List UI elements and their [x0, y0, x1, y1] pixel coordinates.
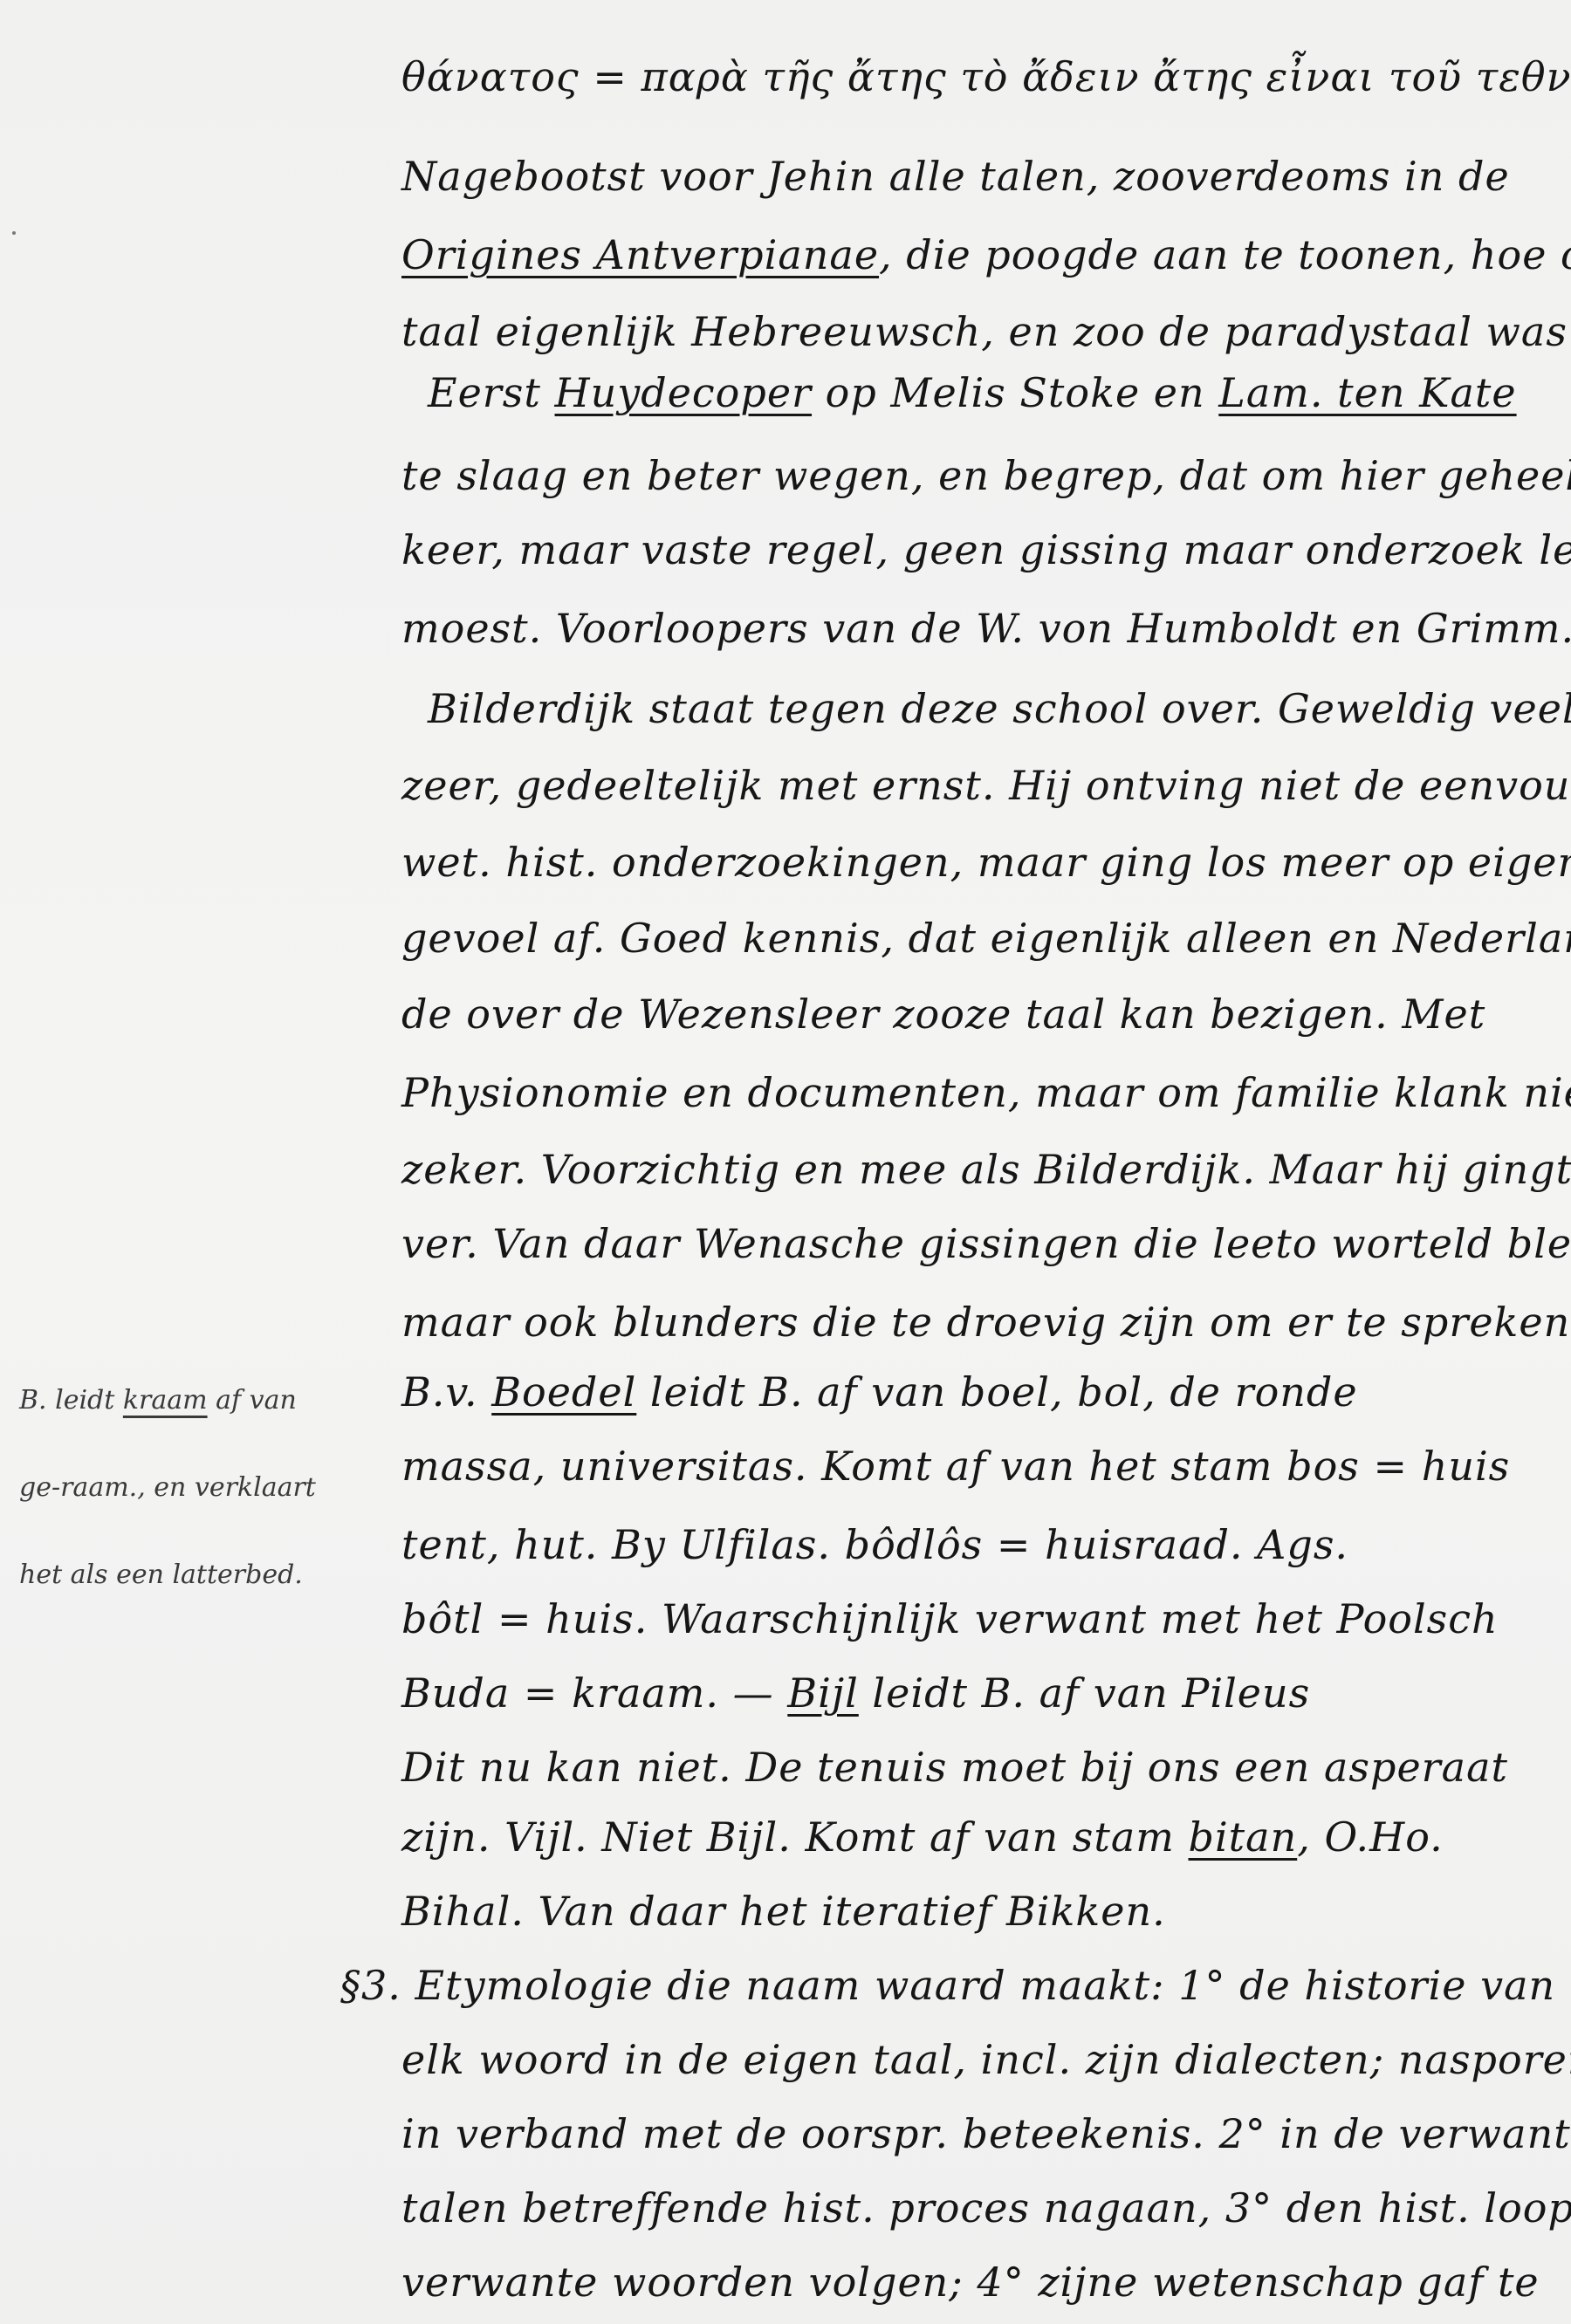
underlined-word: Bijl [787, 1669, 859, 1717]
line-text: , O.Ho. [1297, 1813, 1444, 1861]
line-text: te slaag en beter wegen, en begrep, dat … [401, 452, 1571, 499]
line-text: massa, universitas. Komt af van het stam… [401, 1443, 1510, 1490]
line-text: ver. Van daar Wenasche gissingen die lee… [401, 1220, 1571, 1267]
line-text: zeker. Voorzichtig en mee als Bilderdijk… [401, 1146, 1571, 1193]
line-text: taal eigenlijk Hebreeuwsch, en zoo de pa… [401, 308, 1571, 355]
line-text: Buda = kraam. — [401, 1669, 787, 1717]
manuscript-line: B.v. Boedel leidt B. af van boel, bol, d… [401, 1366, 1554, 1418]
line-text: de over de Wezensleer zooze taal kan bez… [401, 991, 1485, 1038]
manuscript-line: §3. Etymologie die naam waard maakt: 1° … [340, 1959, 1492, 2012]
manuscript-line: taal eigenlijk Hebreeuwsch, en zoo de pa… [401, 305, 1554, 358]
manuscript-line: Physionomie en documenten, maar om famil… [401, 1066, 1554, 1119]
underlined-word: Huydecoper [555, 369, 813, 416]
manuscript-line: zijn. Vijl. Niet Bijl. Komt af van stam … [401, 1811, 1554, 1863]
manuscript-line: te slaag en beter wegen, en begrep, dat … [401, 449, 1554, 502]
manuscript-line: Dit nu kan niet. De tenuis moet bij ons … [401, 1741, 1554, 1793]
line-text: §3. Etymologie die naam waard maakt: 1° … [340, 1962, 1555, 2009]
line-text: θάνατος = παρὰ τῆς ἄτης τὸ ἄδειν ἄτης εἶ… [401, 53, 1571, 100]
line-text: zeer, gedeeltelijk met ernst. Hij ontvin… [401, 762, 1571, 809]
margin-note-line: het als een latterbed. [19, 1558, 368, 1645]
line-text: Dit nu kan niet. De tenuis moet bij ons … [401, 1744, 1508, 1791]
line-text: leidt B. af van boel, bol, de ronde [636, 1368, 1357, 1416]
manuscript-line: zeer, gedeeltelijk met ernst. Hij ontvin… [401, 759, 1554, 812]
line-text: bôtl = huis. Waarschijnlijk verwant met … [401, 1595, 1499, 1642]
underlined-word: Origines Antverpianae [401, 231, 879, 278]
manuscript-page: θάνατος = παρὰ τῆς ἄτης τὸ ἄδειν ἄτης εἶ… [0, 0, 1571, 2324]
margin-note-line: B. leidt kraam af van [19, 1383, 368, 1470]
line-text: , die poogde aan te toonen, hoe onze [879, 231, 1571, 278]
line-text: wet. hist. onderzoekingen, maar ging los… [401, 839, 1571, 886]
manuscript-line: Buda = kraam. — Bijl leidt B. af van Pil… [401, 1667, 1554, 1719]
manuscript-line: Bilderdijk staat tegen deze school over.… [428, 682, 1571, 735]
margin-note-line: ge-raam., en verklaart [19, 1470, 368, 1558]
manuscript-line: gevoel af. Goed kennis, dat eigenlijk al… [401, 912, 1554, 964]
underlined-word: Lam. ten Kate [1218, 369, 1516, 416]
manuscript-line: in verband met de oorspr. beteekenis. 2°… [401, 2108, 1554, 2160]
line-text: leidt B. af van Pileus [859, 1669, 1310, 1717]
manuscript-line: elk woord in de eigen taal, incl. zijn d… [401, 2033, 1554, 2086]
line-text: moest. Voorloopers van de W. von Humbold… [401, 605, 1571, 652]
manuscript-line: wet. hist. onderzoekingen, maar ging los… [401, 836, 1554, 888]
margin-annotation: B. leidt kraam af vange-raam., en verkla… [19, 1383, 368, 1645]
line-text: Physionomie en documenten, maar om famil… [401, 1069, 1571, 1116]
manuscript-line: tent, hut. By Ulfilas. bôdlôs = huisraad… [401, 1518, 1554, 1571]
line-text: af van [208, 1385, 297, 1416]
line-text: B. leidt [19, 1385, 123, 1416]
manuscript-line: Bihal. Van daar het iteratief Bikken. [401, 1885, 1554, 1937]
line-text: Bilderdijk staat tegen deze school over.… [428, 685, 1571, 732]
manuscript-line: Nagebootst voor Jehin alle talen, zoover… [401, 150, 1554, 202]
line-text: maar ook blunders die te droevig zijn om… [401, 1299, 1571, 1346]
manuscript-line: talen betreffende hist. proces nagaan, 3… [401, 2182, 1554, 2234]
line-text: talen betreffende hist. proces nagaan, 3… [401, 2184, 1571, 2231]
underlined-word: Boedel [491, 1368, 636, 1416]
line-text: gevoel af. Goed kennis, dat eigenlijk al… [401, 915, 1571, 962]
manuscript-line: de over de Wezensleer zooze taal kan bez… [401, 988, 1554, 1040]
line-text: Eerst [428, 369, 555, 416]
line-text: tent, hut. By Ulfilas. bôdlôs = huisraad… [401, 1521, 1348, 1568]
manuscript-line: θάνατος = παρὰ τῆς ἄτης τὸ ἄδειν ἄτης εἶ… [401, 51, 1554, 103]
manuscript-line: massa, universitas. Komt af van het stam… [401, 1440, 1554, 1492]
manuscript-line: Origines Antverpianae, die poogde aan te… [401, 229, 1554, 281]
manuscript-line: maar ook blunders die te droevig zijn om… [401, 1296, 1554, 1348]
line-text: op Melis Stoke en [812, 369, 1218, 416]
manuscript-line: bôtl = huis. Waarschijnlijk verwant met … [401, 1593, 1554, 1645]
manuscript-line: keer, maar vaste regel, geen gissing maa… [401, 524, 1554, 576]
margin-dot [12, 231, 16, 235]
underlined-word: bitan [1189, 1813, 1298, 1861]
line-text: elk woord in de eigen taal, incl. zijn d… [401, 2036, 1571, 2083]
underlined-word: kraam [123, 1385, 208, 1416]
line-text: in verband met de oorspr. beteekenis. 2°… [401, 2110, 1571, 2157]
manuscript-line: zeker. Voorzichtig en mee als Bilderdijk… [401, 1143, 1554, 1196]
line-text: verwante woorden volgen; 4° zijne wetens… [401, 2259, 1540, 2306]
line-text: zijn. Vijl. Niet Bijl. Komt af van stam [401, 1813, 1189, 1861]
line-text: Bihal. Van daar het iteratief Bikken. [401, 1888, 1166, 1935]
manuscript-line: verwante woorden volgen; 4° zijne wetens… [401, 2256, 1554, 2308]
line-text: B.v. [401, 1368, 491, 1416]
line-text: keer, maar vaste regel, geen gissing maa… [401, 526, 1571, 573]
line-text: ge-raam., en verklaart [19, 1472, 316, 1503]
manuscript-line: Eerst Huydecoper op Melis Stoke en Lam. … [428, 367, 1571, 419]
line-text: het als een latterbed. [19, 1560, 303, 1590]
line-text: Nagebootst voor Jehin alle talen, zoover… [401, 153, 1510, 200]
manuscript-line: moest. Voorloopers van de W. von Humbold… [401, 602, 1554, 655]
manuscript-line: ver. Van daar Wenasche gissingen die lee… [401, 1217, 1554, 1270]
